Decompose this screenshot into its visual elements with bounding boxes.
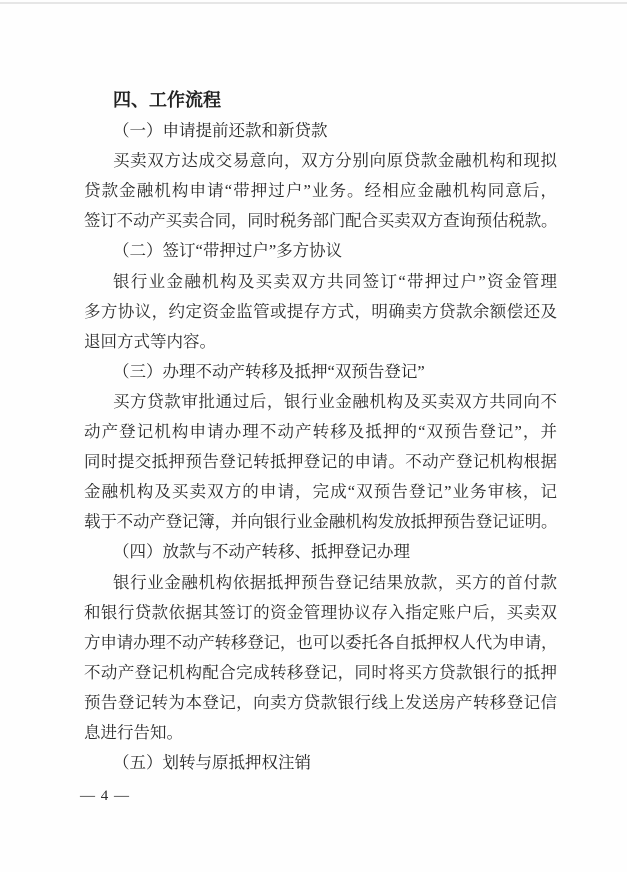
body-line: 银行业金融机构及买卖双方共同签订“带押过户”资金管理 <box>84 267 557 297</box>
subheading-3: （三）办理不动产转移及抵押“双预告登记” <box>84 357 557 387</box>
body-line: 多方协议，约定资金监管或提存方式，明确卖方贷款余额偿还及 <box>84 297 557 327</box>
body-line: 银行业金融机构依据抵押预告登记结果放款，买方的首付款 <box>84 568 557 598</box>
document-page: 四、工作流程 （一）申请提前还款和新贷款 买卖双方达成交易意向，双方分别向原贷款… <box>0 0 627 872</box>
body-line: 同时提交抵押预告登记转抵押登记的申请。不动产登记机构根据 <box>84 447 557 477</box>
body-line: 方申请办理不动产转移登记，也可以委托各自抵押权人代为申请， <box>84 628 557 658</box>
body-line: 和银行贷款依据其签订的资金管理协议存入指定账户后，买卖双 <box>84 598 557 628</box>
subheading-2: （二）签订“带押过户”多方协议 <box>84 236 557 266</box>
body-line: 买卖双方达成交易意向，双方分别向原贷款金融机构和现拟 <box>84 146 557 176</box>
subheading-1: （一）申请提前还款和新贷款 <box>84 116 557 146</box>
body-line: 买方贷款审批通过后，银行业金融机构及买卖双方共同向不 <box>84 387 557 417</box>
document-body: 四、工作流程 （一）申请提前还款和新贷款 买卖双方达成交易意向，双方分别向原贷款… <box>84 86 557 778</box>
body-line: 不动产登记机构配合完成转移登记，同时将买方贷款银行的抵押 <box>84 658 557 688</box>
body-line: 签订不动产买卖合同，同时税务部门配合买卖双方查询预估税款。 <box>84 206 557 236</box>
scan-artifact-line <box>0 2 627 4</box>
section-heading: 四、工作流程 <box>84 86 557 116</box>
body-line: 载于不动产登记簿，并向银行业金融机构发放抵押预告登记证明。 <box>84 507 557 537</box>
subheading-5: （五）划转与原抵押权注销 <box>84 748 557 778</box>
body-line: 金融机构及买卖双方的申请，完成“双预告登记”业务审核，记 <box>84 477 557 507</box>
body-line: 预告登记转为本登记，向卖方贷款银行线上发送房产转移登记信 <box>84 688 557 718</box>
body-line: 退回方式等内容。 <box>84 327 557 357</box>
body-line: 息进行告知。 <box>84 718 557 748</box>
page-number: — 4 — <box>80 788 130 805</box>
body-line: 贷款金融机构申请“带押过户”业务。经相应金融机构同意后， <box>84 176 557 206</box>
body-line: 动产登记机构申请办理不动产转移及抵押的“双预告登记”，并 <box>84 417 557 447</box>
subheading-4: （四）放款与不动产转移、抵押登记办理 <box>84 537 557 567</box>
